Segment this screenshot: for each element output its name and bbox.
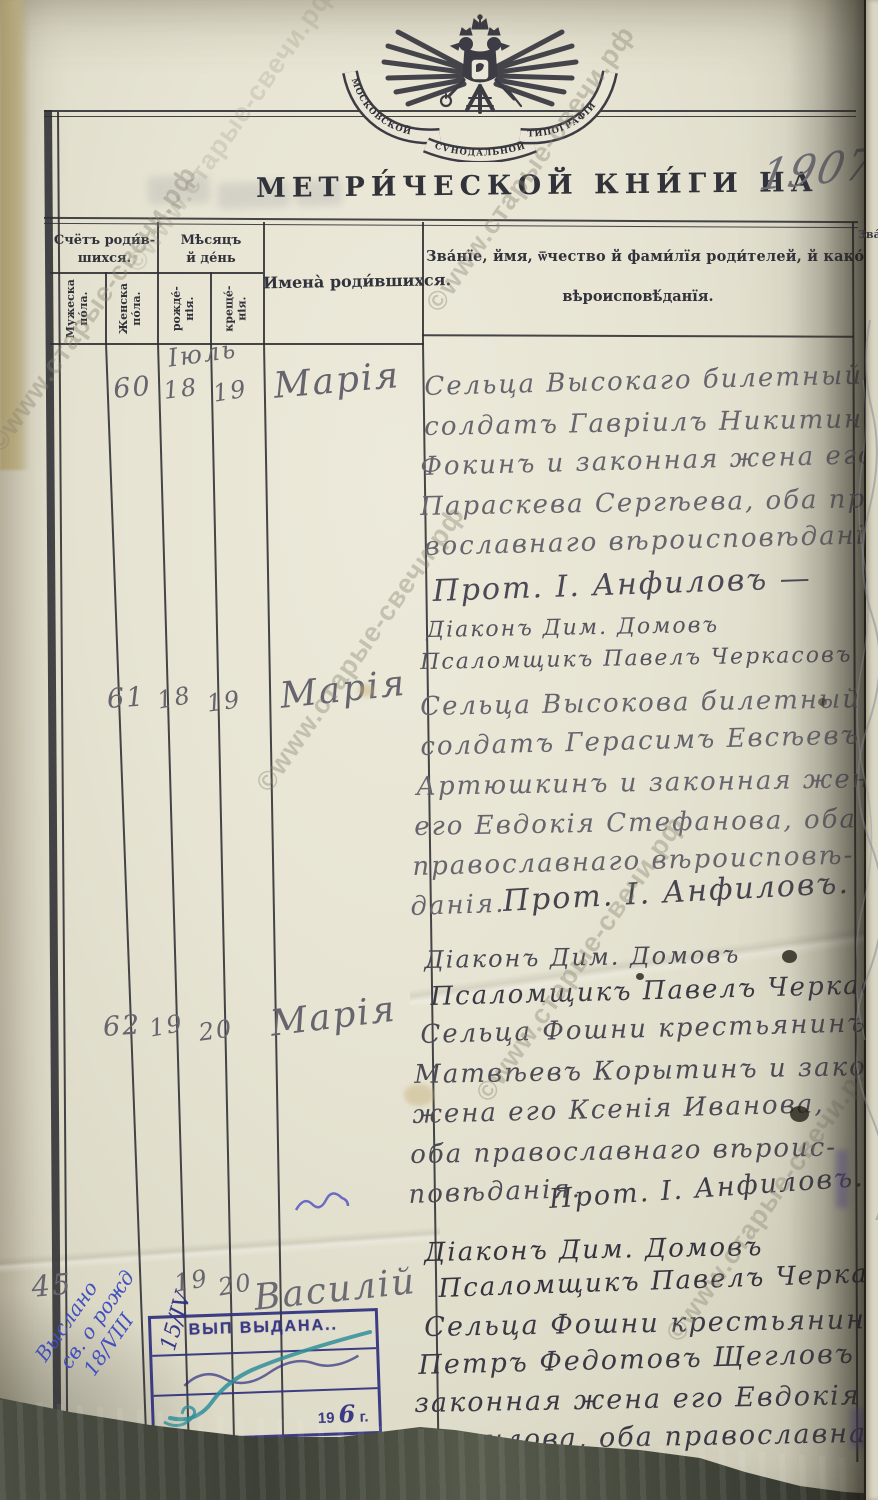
header-names-column: Имена̀ роди́вшихся.: [263, 271, 422, 293]
entry60-baptism-day: 19: [211, 375, 250, 408]
header-parents-line2: вѣроисповѣ́данїя.: [426, 288, 850, 305]
entry61-birth-day: 18: [155, 681, 194, 715]
blue-scribble-mark: [292, 1188, 352, 1220]
header-baptism-column: креще́-нія.: [210, 274, 263, 343]
header-birth-column: рожде́-нія.: [157, 274, 210, 343]
entry60-deacon-line: Діаконъ Дим. Домовъ: [426, 613, 719, 643]
entry62-number: 62: [102, 1009, 142, 1043]
page-fold-shadow: [788, 0, 866, 1500]
header-date-group: Мѣсяцъ й де́нь: [159, 232, 263, 267]
baptism-label-2: нія.: [236, 285, 249, 331]
header-date-line2: й де́нь: [186, 251, 235, 266]
birth-label-1: рожде́-: [171, 286, 184, 331]
entry60-number: 60: [112, 371, 153, 405]
entry61-number: 61: [106, 681, 146, 715]
entry45-baptism-day: 20: [216, 1268, 255, 1302]
header-bottom-rule-left: [50, 343, 424, 345]
entry61-record-line: данія.: [410, 889, 506, 922]
next-page-header-fragment: Зва́: [858, 228, 878, 241]
paper-stain: [404, 1084, 434, 1106]
birth-label-2: нія.: [184, 286, 197, 331]
paper-stain: [358, 684, 374, 697]
entry61-baptism-day: 19: [205, 685, 243, 718]
paper-hole: [636, 973, 644, 980]
header-date-line1: Мѣсяцъ: [181, 233, 242, 248]
next-page-writing-hints: [856, 320, 878, 1220]
female-label-2: по́ла.: [131, 283, 144, 334]
metric-book-page-photo: МОСКОВСКОЙ СѴНОДАЛЬНОЙ ТИПОГРАФІИ МЕТРИ́…: [0, 0, 878, 1500]
entry62-baptism-day: 20: [197, 1014, 235, 1047]
entry62-birth-day: 19: [147, 1009, 186, 1043]
entry60-birth-day: 18: [162, 373, 200, 405]
